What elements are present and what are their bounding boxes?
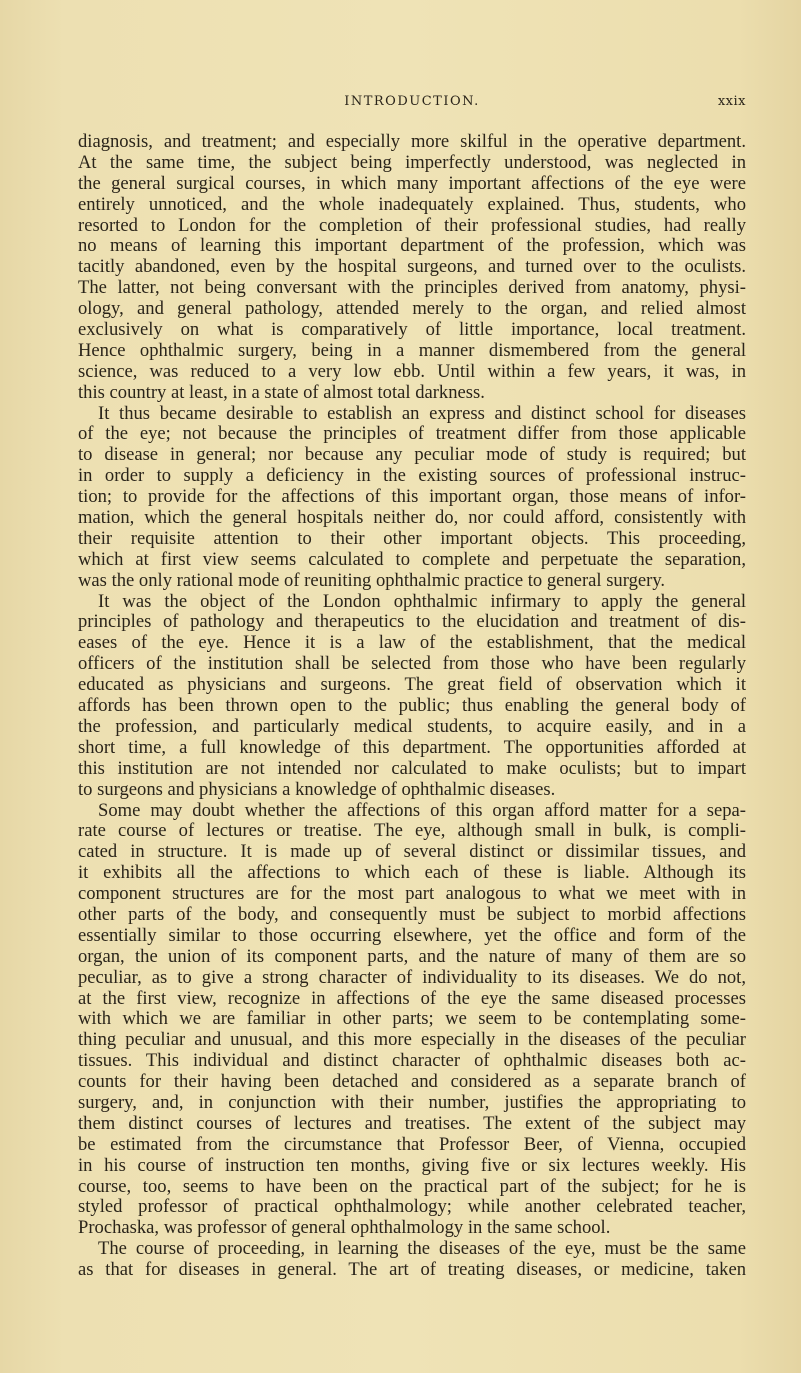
text-line: peculiar, as to give a strong character …	[78, 968, 746, 989]
text-line: entirely unnoticed, and the whole inadeq…	[78, 195, 746, 216]
text-line: was the only rational mode of reuniting …	[78, 571, 746, 592]
text-line: The course of proceeding, in learning th…	[78, 1239, 746, 1260]
text-line: Prochaska, was professor of general opht…	[78, 1218, 746, 1239]
text-line: component structures are for the most pa…	[78, 884, 746, 905]
text-line: no means of learning this important depa…	[78, 236, 746, 257]
text-line: thing peculiar and unusual, and this mor…	[78, 1030, 746, 1051]
text-line: as that for diseases in general. The art…	[78, 1260, 746, 1281]
text-line: the general surgical courses, in which m…	[78, 174, 746, 195]
text-line: eases of the eye. Hence it is a law of t…	[78, 633, 746, 654]
text-line: the profession, and particularly medical…	[78, 717, 746, 738]
text-line: At the same time, the subject being impe…	[78, 153, 746, 174]
text-line: in order to supply a deficiency in the e…	[78, 466, 746, 487]
text-line: counts for their having been detached an…	[78, 1072, 746, 1093]
text-line: The latter, not being conversant with th…	[78, 278, 746, 299]
text-line: exclusively on what is comparatively of …	[78, 320, 746, 341]
text-line: principles of pathology and therapeutics…	[78, 612, 746, 633]
paragraph: Some may doubt whether the affections of…	[78, 801, 746, 1240]
paragraph: It was the object of the London ophthalm…	[78, 592, 746, 801]
text-line: essentially similar to those occurring e…	[78, 926, 746, 947]
text-line: rate course of lectures or treatise. The…	[78, 821, 746, 842]
text-line: in his course of instruction ten months,…	[78, 1156, 746, 1177]
text-line: be estimated from the circumstance that …	[78, 1135, 746, 1156]
text-line: tion; to provide for the affections of t…	[78, 487, 746, 508]
text-line: resorted to London for the completion of…	[78, 216, 746, 237]
text-line: at the first view, recognize in affectio…	[78, 989, 746, 1010]
text-line: their requisite attention to their other…	[78, 529, 746, 550]
text-line: surgery, and, in conjunction with their …	[78, 1093, 746, 1114]
text-line: other parts of the body, and consequentl…	[78, 905, 746, 926]
text-line: styled professor of practical ophthalmol…	[78, 1197, 746, 1218]
text-line: Some may doubt whether the affections of…	[78, 801, 746, 822]
paragraph: diagnosis, and treatment; and especially…	[78, 132, 746, 404]
text-line: Hence ophthalmic surgery, being in a man…	[78, 341, 746, 362]
page-number: xxix	[718, 94, 746, 109]
text-line: cated in structure. It is made up of sev…	[78, 842, 746, 863]
text-line: this country at least, in a state of alm…	[78, 383, 746, 404]
text-line: short time, a full knowledge of this dep…	[78, 738, 746, 759]
running-title: INTRODUCTION.	[78, 94, 746, 109]
text-line: of the eye; not because the principles o…	[78, 424, 746, 445]
text-line: which at first view seems calculated to …	[78, 550, 746, 571]
text-line: officers of the institution shall be sel…	[78, 654, 746, 675]
text-line: science, was reduced to a very low ebb. …	[78, 362, 746, 383]
text-line: ology, and general pathology, attended m…	[78, 299, 746, 320]
text-line: course, too, seems to have been on the p…	[78, 1177, 746, 1198]
text-line: tissues. This individual and distinct ch…	[78, 1051, 746, 1072]
running-header: INTRODUCTION. xxix	[78, 92, 746, 112]
text-line: mation, which the general hospitals neit…	[78, 508, 746, 529]
text-line: to disease in general; nor because any p…	[78, 445, 746, 466]
text-line: affords has been thrown open to the publ…	[78, 696, 746, 717]
text-line: organ, the union of its component parts,…	[78, 947, 746, 968]
text-line: this institution are not intended nor ca…	[78, 759, 746, 780]
text-line: to surgeons and physicians a knowledge o…	[78, 780, 746, 801]
text-line: educated as physicians and surgeons. The…	[78, 675, 746, 696]
text-line: with which we are familiar in other part…	[78, 1009, 746, 1030]
text-line: them distinct courses of lectures and tr…	[78, 1114, 746, 1135]
text-line: diagnosis, and treatment; and especially…	[78, 132, 746, 153]
paragraph: It thus became desirable to establish an…	[78, 404, 746, 592]
text-line: tacitly abandoned, even by the hospital …	[78, 257, 746, 278]
paragraph: The course of proceeding, in learning th…	[78, 1239, 746, 1281]
text-line: It thus became desirable to establish an…	[78, 404, 746, 425]
text-line: It was the object of the London ophthalm…	[78, 592, 746, 613]
page-body: diagnosis, and treatment; and especially…	[78, 132, 746, 1281]
text-line: it exhibits all the affections to which …	[78, 863, 746, 884]
